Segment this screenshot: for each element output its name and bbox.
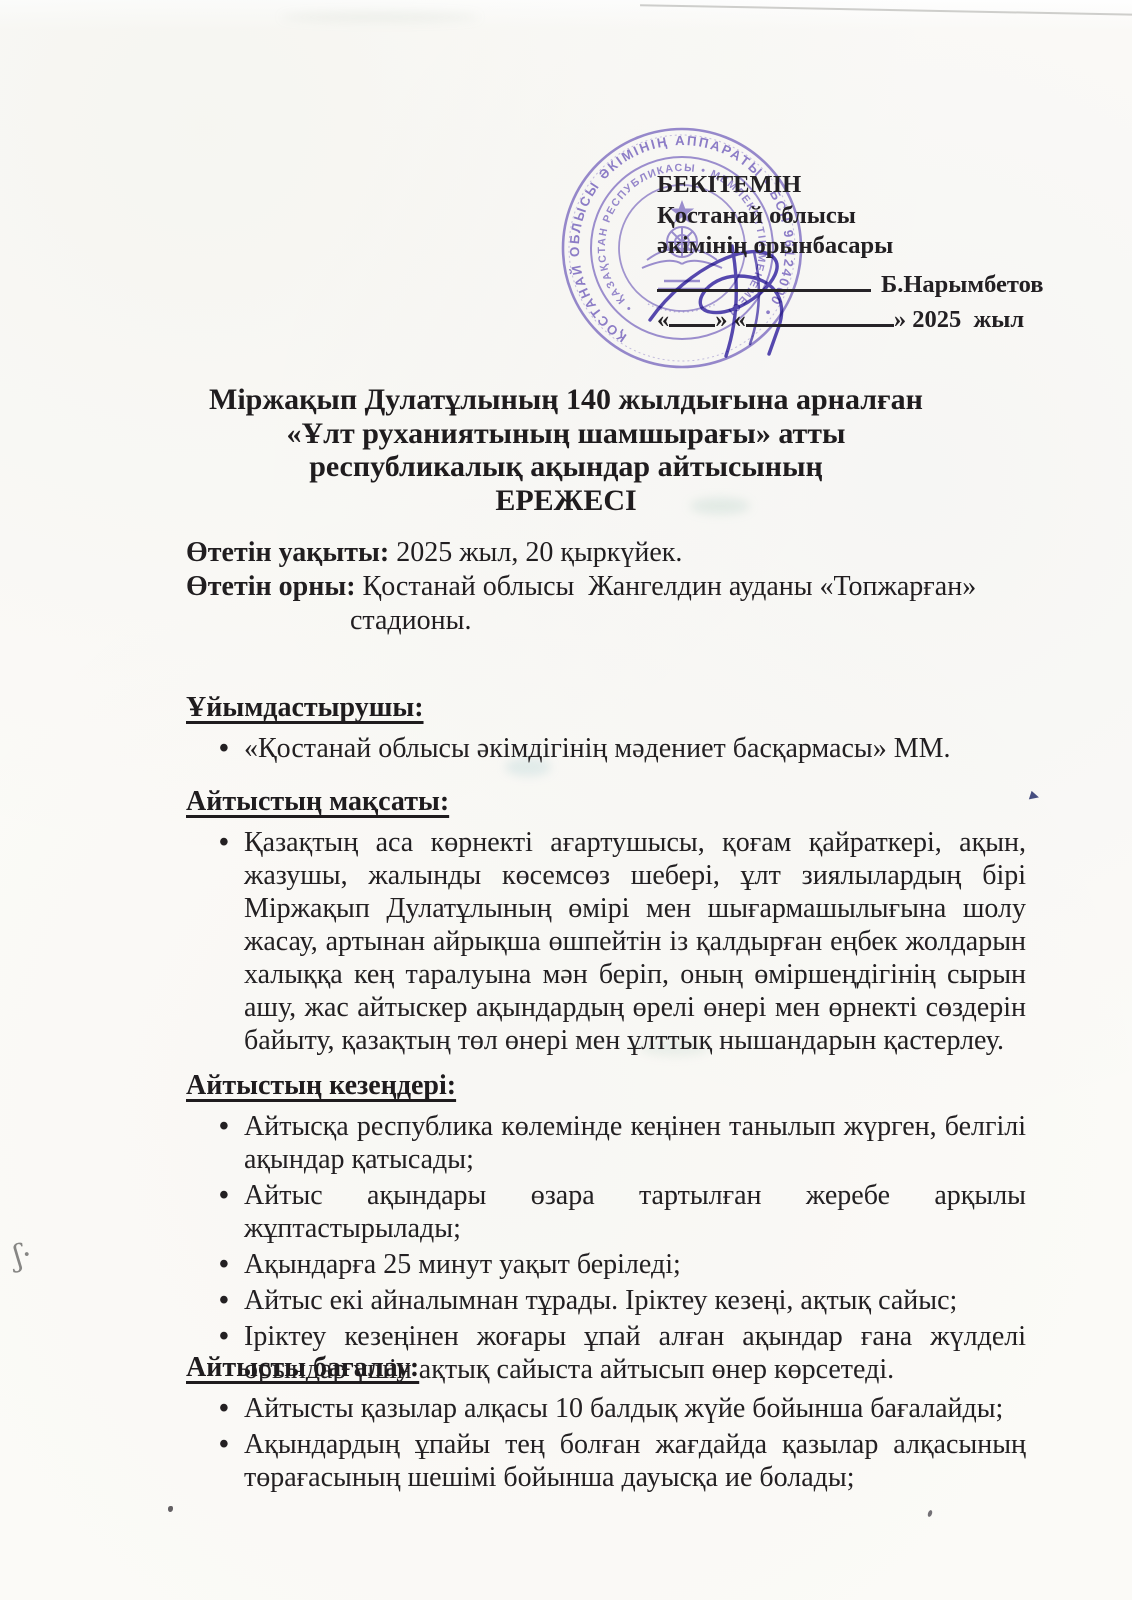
bullet-list: Қазақтың аса көрнекті ағартушысы, қоғам … <box>186 826 1026 1057</box>
date-line: «» «» 2025 жыл <box>657 304 1057 336</box>
list-item: «Қостанай облысы әкімдігінің мәдениет ба… <box>186 732 1026 765</box>
date-blank-day <box>669 304 715 327</box>
section-heading: Айтыстың мақсаты: <box>186 784 1026 820</box>
event-place-row: Өтетін орны: Қостанай облысы Жангелдин а… <box>186 570 1032 604</box>
ink-speck <box>1029 791 1040 802</box>
bullet-list: «Қостанай облысы әкімдігінің мәдениет ба… <box>186 732 1026 765</box>
list-item: Қазақтың аса көрнекті ағартушысы, қоғам … <box>186 826 1026 1057</box>
event-time-label: Өтетін уақыты: <box>186 537 389 568</box>
event-time-value: 2025 жыл, 20 қыркүйек. <box>389 537 682 568</box>
list-item: Айтыс екі айналымнан тұрады. Іріктеу кез… <box>186 1284 1026 1317</box>
bullet-list: Айтысқа республика көлемінде кеңінен тан… <box>186 1110 1026 1386</box>
date-blank-month <box>746 304 894 327</box>
document-title: Міржақып Дулатұлының 140 жылдығына арнал… <box>0 383 1132 517</box>
list-item: Айтысты қазылар алқасы 10 балдық жүйе бо… <box>186 1392 1026 1425</box>
title-line-1: Міржақып Дулатұлының 140 жылдығына арнал… <box>0 383 1132 417</box>
scanned-document-page: ʃ· <box>0 0 1132 1600</box>
approval-block: БЕКІТЕМІН Қостанай облысы әкімінің орынб… <box>657 170 1057 336</box>
section-heading: Айтыстың кезеңдері: <box>186 1068 1026 1104</box>
date-year: » 2025 жыл <box>894 306 1024 333</box>
section-purpose: Айтыстың мақсаты: Қазақтың аса көрнекті … <box>186 784 1026 1060</box>
approval-org-line2: әкімінің орынбасары <box>657 231 1057 262</box>
scan-smudge <box>280 12 480 22</box>
approval-org-line1: Қостанай облысы <box>657 201 1057 232</box>
section-heading: Ұйымдастырушы: <box>186 690 1026 726</box>
scan-edge-line <box>640 4 1132 16</box>
list-item: Ақындардың ұпайы тең болған жағдайда қаз… <box>186 1428 1026 1494</box>
section-stages: Айтыстың кезеңдері: Айтысқа республика к… <box>186 1068 1026 1389</box>
pen-mark: ʃ· <box>12 1237 34 1274</box>
title-line-4: ЕРЕЖЕСІ <box>0 484 1132 518</box>
signatory-name: Б.Нарымбетов <box>881 271 1043 298</box>
bullet-list: Айтысты қазылар алқасы 10 балдық жүйе бо… <box>186 1392 1026 1494</box>
list-item: Айтысқа республика көлемінде кеңінен тан… <box>186 1110 1026 1176</box>
event-place-continuation: стадионы. <box>186 604 1032 638</box>
title-line-2: «Ұлт руханиятының шамшырағы» атты <box>0 417 1132 451</box>
title-line-3: республикалық ақындар айтысының <box>0 450 1132 484</box>
ink-dot <box>168 1506 173 1512</box>
event-time-row: Өтетін уақыты: 2025 жыл, 20 қыркүйек. <box>186 536 1032 570</box>
event-details: Өтетін уақыты: 2025 жыл, 20 қыркүйек. Өт… <box>186 536 1032 638</box>
signature-blank-line <box>657 269 871 292</box>
list-item: Айтыс ақындары өзара тартылған жеребе ар… <box>186 1179 1026 1245</box>
event-place-label: Өтетін орны: <box>186 571 356 602</box>
signature-line: Б.Нарымбетов <box>657 269 1057 301</box>
approval-word: БЕКІТЕМІН <box>657 170 1057 201</box>
section-organizer: Ұйымдастырушы: «Қостанай облысы әкімдігі… <box>186 690 1026 768</box>
list-item: Ақындарға 25 минут уақыт беріледі; <box>186 1248 1026 1281</box>
section-evaluation: Айтысты бағалау: Айтысты қазылар алқасы … <box>186 1350 1026 1497</box>
date-quote-open: « <box>657 306 669 333</box>
date-quote-mid: » « <box>715 306 746 333</box>
ink-dot <box>927 1510 933 1518</box>
event-place-value: Қостанай облысы Жангелдин ауданы «Топжар… <box>356 571 977 602</box>
section-heading: Айтысты бағалау: <box>186 1350 1026 1386</box>
